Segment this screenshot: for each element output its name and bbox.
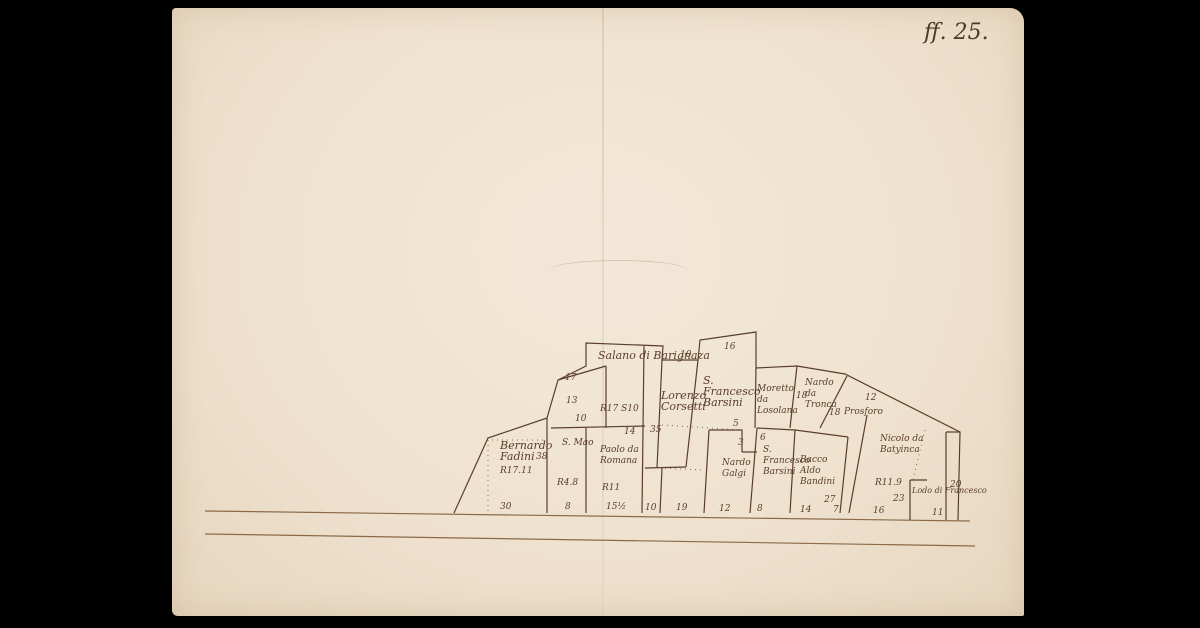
parcel-label: Bernardo Fadini	[500, 440, 540, 462]
parcel-label: Moretto da Losolana	[757, 384, 799, 417]
edge-number: 27	[824, 495, 835, 505]
edge-number: 20	[950, 480, 961, 490]
edge-number: 18	[796, 391, 807, 401]
baseline-number: 19	[676, 503, 687, 513]
baseline-number: 14	[800, 505, 811, 515]
edge-number: 23	[893, 494, 904, 504]
baseline-number: 16	[873, 506, 884, 516]
parcel-label: Bacco Aldo Bandini	[800, 455, 838, 488]
edge-number: 17	[565, 373, 576, 383]
edge-number: 6	[760, 433, 766, 443]
parcel-label: Prosforo	[844, 407, 883, 418]
parcel-area: R11	[602, 483, 620, 493]
edge-number: 38	[536, 452, 547, 462]
edge-number: 10	[680, 350, 691, 360]
parcel-label: Paolo da Romana	[600, 445, 644, 467]
parcel-area: R17.11	[500, 466, 533, 476]
parcel-plan	[0, 0, 1200, 628]
edge-number: 10	[575, 414, 586, 424]
baseline-number: 30	[500, 502, 511, 512]
baseline-number: 15½	[606, 502, 626, 512]
edge-number: 14	[624, 427, 635, 437]
parcel-label: S. Francesco Barsini	[763, 445, 789, 478]
parcel-label: Salano di Barignaza	[598, 350, 710, 361]
parcel-area: R17 S10	[600, 404, 639, 414]
baseline-number: 12	[719, 504, 730, 514]
parcel-label: Nardo Galgi	[722, 458, 750, 480]
baseline-number: 8	[565, 502, 571, 512]
edge-number: 3	[738, 438, 744, 448]
edge-number: 5	[733, 419, 739, 429]
baseline-number: 7	[833, 505, 839, 515]
parcel-label: Nicolo da Batyinca	[880, 434, 938, 456]
baseline-number: 11	[932, 508, 943, 518]
baseline-number: 10	[645, 503, 656, 513]
edge-number: 18	[829, 408, 840, 418]
parcel-label: Nardo da Tronca	[805, 378, 845, 411]
parcel-area: R11.9	[875, 478, 902, 488]
baseline-number: 8	[757, 504, 763, 514]
parcel-number: 16	[724, 342, 735, 352]
edge-number: 13	[566, 396, 577, 406]
parcel-area: R4.8	[557, 478, 578, 488]
parcel-label: S. Francesco Barsini	[703, 375, 753, 408]
parcel-label: S. Mao	[562, 438, 594, 449]
edge-number: 12	[865, 393, 876, 403]
parcel-label: Lorenzo Corsetti	[661, 390, 697, 412]
edge-number: 35	[650, 425, 661, 435]
